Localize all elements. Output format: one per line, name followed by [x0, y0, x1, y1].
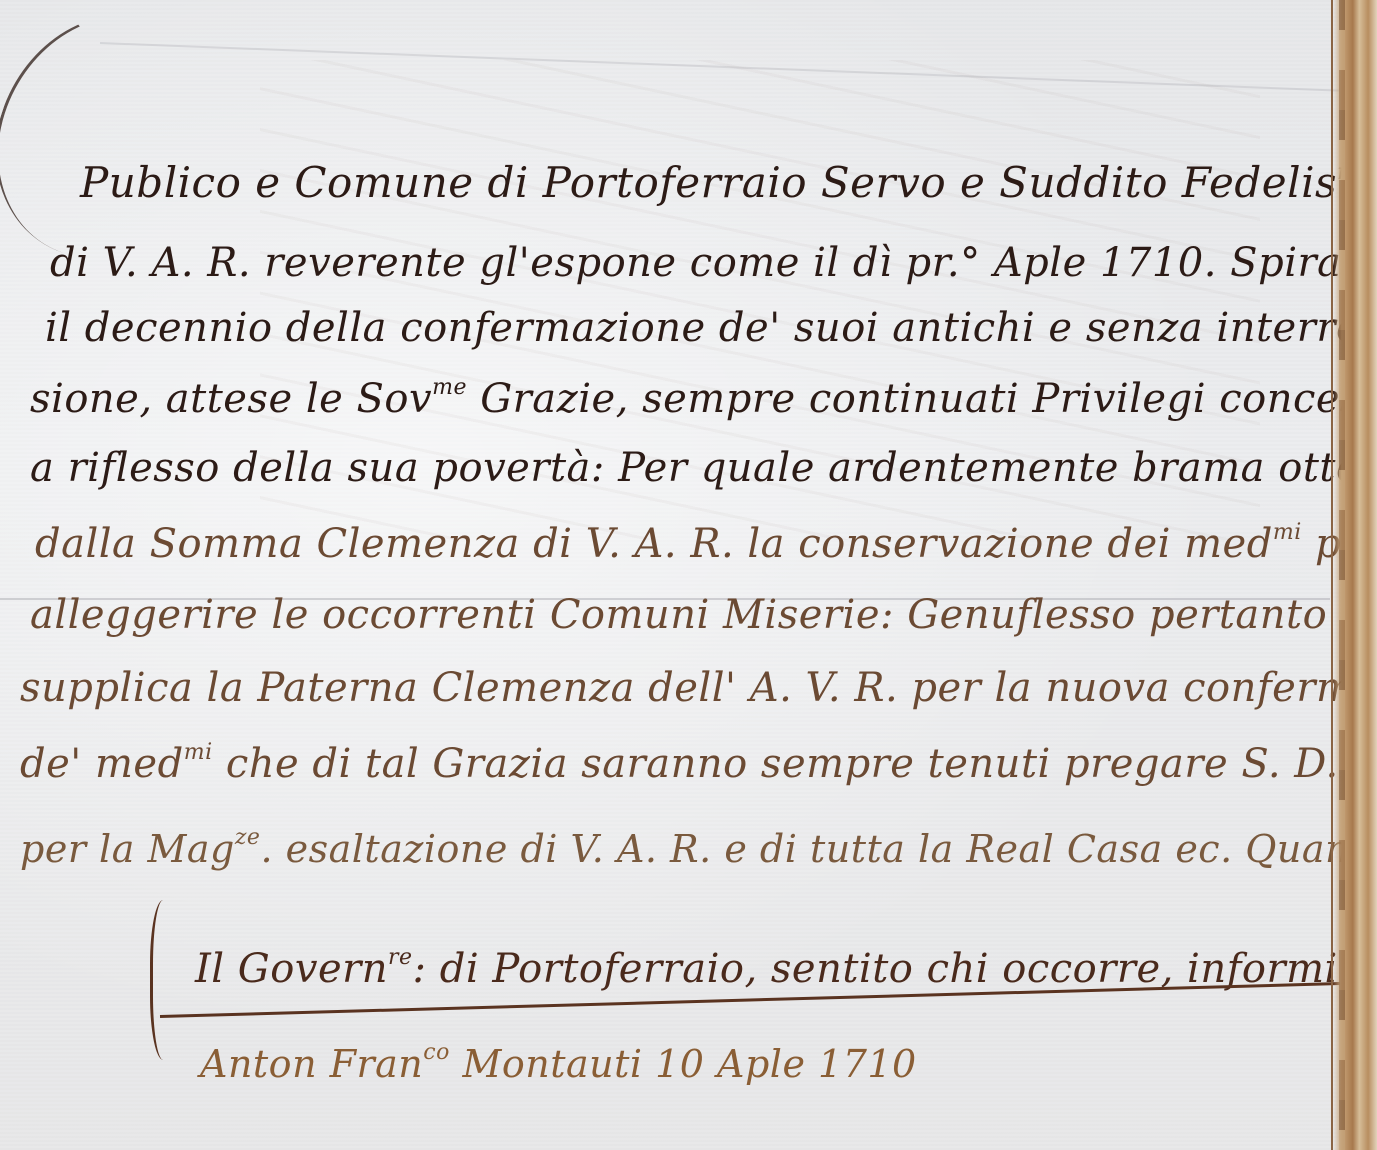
line-text-cont: che di tal Grazia saranno sempre tenuti … [213, 741, 1377, 787]
line-text: Il Govern [195, 946, 388, 992]
manuscript-line-6: dalla Somma Clemenza di V. A. R. la cons… [35, 520, 1377, 567]
line-text-cont: . esaltazione di V. A. R. e di tutta la … [260, 827, 1377, 871]
line-text: Publico e Comune di Portoferraio Servo e… [80, 158, 1337, 207]
line-text-cont: Montauti 10 Aple 1710 [450, 1042, 917, 1086]
line-text: di V. A. R. reverente gl'espone come il … [50, 240, 1341, 286]
manuscript-closing-line: per la Magze. esaltazione di V. A. R. e … [20, 825, 1377, 871]
paper-fold-top [100, 42, 1339, 92]
line-text: il decennio della confermazione de' suoi… [45, 305, 1377, 351]
line-text: a riflesso della sua povertà: Per quale … [30, 445, 1377, 491]
superscript: mi [1273, 520, 1302, 545]
superscript: me [432, 375, 467, 400]
manuscript-line-1: Publico e Comune di Portoferraio Servo e… [80, 158, 1377, 207]
signature-line: Anton Franco Montauti 10 Aple 1710 [200, 1040, 917, 1086]
superscript: re [388, 945, 413, 970]
manuscript-line-8: supplica la Paterna Clemenza dell' A. V.… [20, 665, 1377, 711]
manuscript-line-7: alleggerire le occorrenti Comuni Miserie… [30, 592, 1327, 638]
line-text: Anton Fran [200, 1042, 423, 1086]
line-text: dalla Somma Clemenza di V. A. R. la cons… [35, 521, 1273, 567]
manuscript-line-4: sione, attese le Sovme Grazie, sempre co… [30, 375, 1377, 422]
line-text: per la Mag [20, 827, 235, 871]
line-text: sione, attese le Sov [30, 376, 432, 422]
manuscript-line-5: a riflesso della sua povertà: Per quale … [30, 445, 1377, 491]
line-text: de' med [20, 741, 184, 787]
manuscript-line-9: de' medmi che di tal Grazia saranno semp… [20, 740, 1377, 787]
decree-bracket [150, 900, 183, 1060]
line-text: supplica la Paterna Clemenza dell' A. V.… [20, 665, 1377, 711]
manuscript-page: Publico e Comune di Portoferraio Servo e… [0, 0, 1377, 1150]
superscript: mi [184, 740, 213, 765]
line-text: alleggerire le occorrenti Comuni Miserie… [30, 592, 1327, 638]
decree-line: Il Governre: di Portoferraio, sentito ch… [195, 945, 1351, 992]
manuscript-line-2: di V. A. R. reverente gl'espone come il … [50, 240, 1341, 286]
superscript: co [423, 1040, 450, 1065]
binding-edge [1331, 0, 1377, 1150]
line-text-cont: Grazie, sempre continuati Privilegi conc… [467, 376, 1377, 422]
manuscript-line-3: il decennio della confermazione de' suoi… [45, 305, 1377, 351]
superscript: ze [235, 825, 261, 850]
